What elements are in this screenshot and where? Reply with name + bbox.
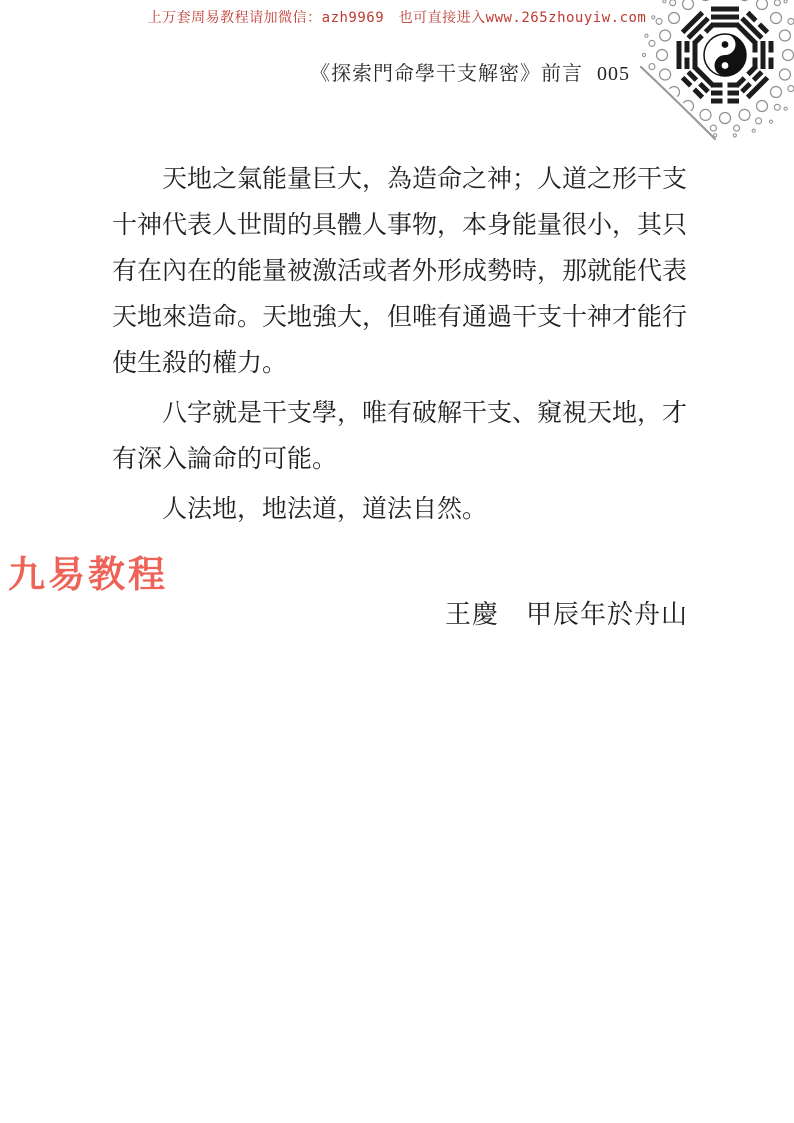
paragraph: 人法地，地法道，道法自然。	[112, 487, 692, 533]
paragraph: 天地之氣能量巨大，為造命之神；人道之形干支 十神代表人世間的具體人事物，本身能量…	[112, 157, 692, 387]
text-line: 有在內在的能量被激活或者外形成勢時，那就能代表	[112, 249, 692, 295]
taiji-icon	[704, 34, 746, 76]
page-number: 005	[597, 63, 630, 86]
text-line: 有深入論命的可能。	[112, 437, 692, 483]
author-signature: 王慶 甲辰年於舟山	[445, 594, 688, 631]
text-line: 人法地，地法道，道法自然。	[112, 487, 692, 533]
body-text: 天地之氣能量巨大，為造命之神；人道之形干支 十神代表人世間的具體人事物，本身能量…	[112, 157, 692, 533]
text-line: 十神代表人世間的具體人事物，本身能量很小，其只	[112, 203, 692, 249]
text-line: 天地來造命。天地強大，但唯有通過干支十神才能行	[112, 295, 692, 341]
text-line: 天地之氣能量巨大，為造命之神；人道之形干支	[112, 157, 692, 203]
bagua-taiji-emblem-icon	[637, 0, 794, 143]
book-title: 《探索門命學干支解密》前言	[310, 57, 583, 86]
text-line: 八字就是干支學，唯有破解干支、窺視天地，才	[112, 391, 692, 437]
paragraph: 八字就是干支學，唯有破解干支、窺視天地，才 有深入論命的可能。	[112, 391, 692, 483]
text-line: 使生殺的權力。	[112, 341, 692, 387]
side-watermark: 九易教程	[8, 544, 168, 598]
page-header: 《探索門命學干支解密》前言 005	[310, 57, 630, 86]
document-page: 上万套周易教程请加微信：azh9969 也可直接进入www.265zhouyiw…	[0, 0, 794, 1123]
